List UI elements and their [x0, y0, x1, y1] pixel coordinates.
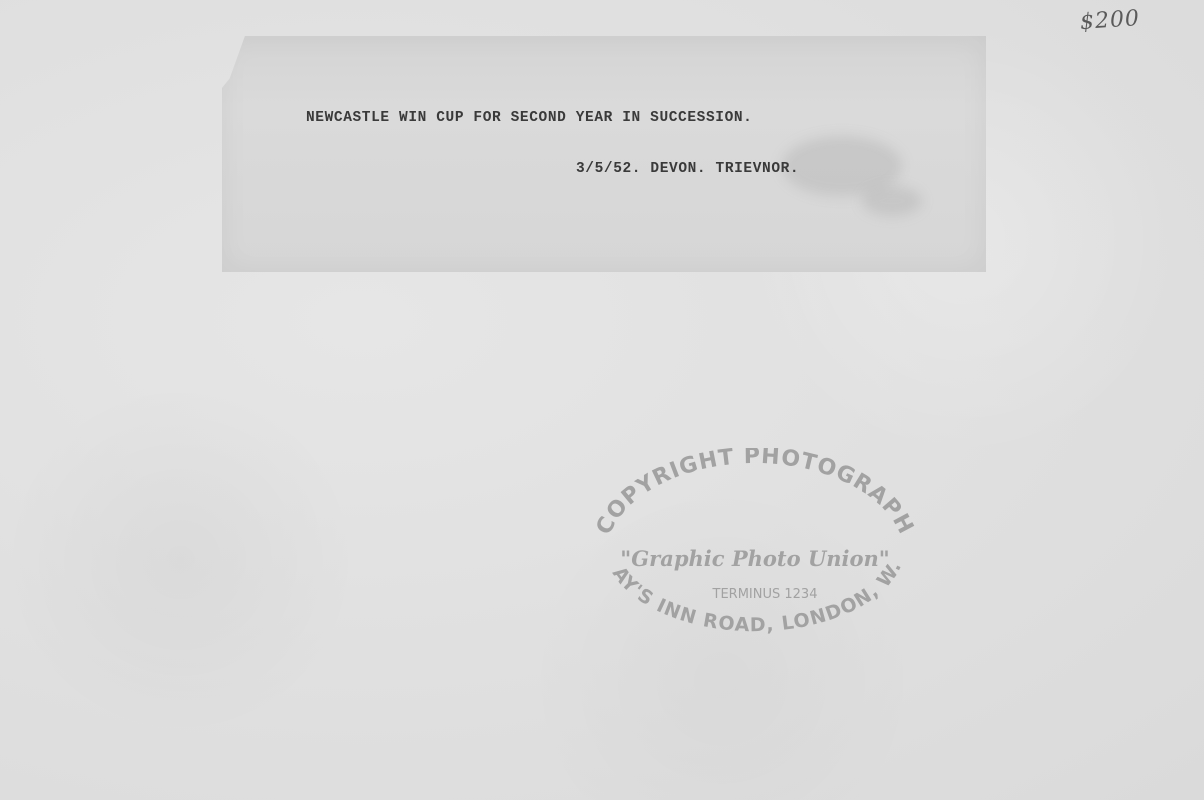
caption-body-line: PHOTO SHOWS. THE PRIME MINISTER, MR. CHU… — [306, 274, 799, 291]
stamp-top-arc: COPYRIGHT PHOTOGRAPH — [592, 448, 919, 539]
caption-body-line: PRESENTS THE F.A. CUP TO NEWCASTLE CAPTA… — [306, 325, 799, 342]
stamp-phone: TERMINUS 1234 — [712, 587, 818, 602]
typed-caption-label: NEWCASTLE WIN CUP FOR SECOND YEAR IN SUC… — [222, 36, 986, 272]
caption-body-line: BEAT ARSENAL 1-NIL.. — [306, 427, 799, 444]
svg-text:COPYRIGHT PHOTOGRAPH: COPYRIGHT PHOTOGRAPH — [592, 448, 919, 539]
copyright-stamp: COPYRIGHT PHOTOGRAPH "Graphic Photo Unio… — [590, 448, 920, 668]
caption-body-line: HARVEY..AFTER THE MATCH TODAY IN WHICH N… — [306, 376, 799, 393]
caption-spacer — [306, 212, 799, 240]
stain — [862, 186, 922, 216]
stamp-agency: "Graphic Photo Union" — [620, 546, 889, 571]
caption-dateline: 3/5/52. DEVON. TRIEVNOR. — [306, 161, 799, 178]
handwritten-price: $200 — [1079, 6, 1141, 35]
stamp-graphic: COPYRIGHT PHOTOGRAPH "Graphic Photo Unio… — [590, 448, 920, 668]
caption-headline: NEWCASTLE WIN CUP FOR SECOND YEAR IN SUC… — [306, 110, 799, 127]
caption-text: NEWCASTLE WIN CUP FOR SECOND YEAR IN SUC… — [306, 76, 799, 478]
